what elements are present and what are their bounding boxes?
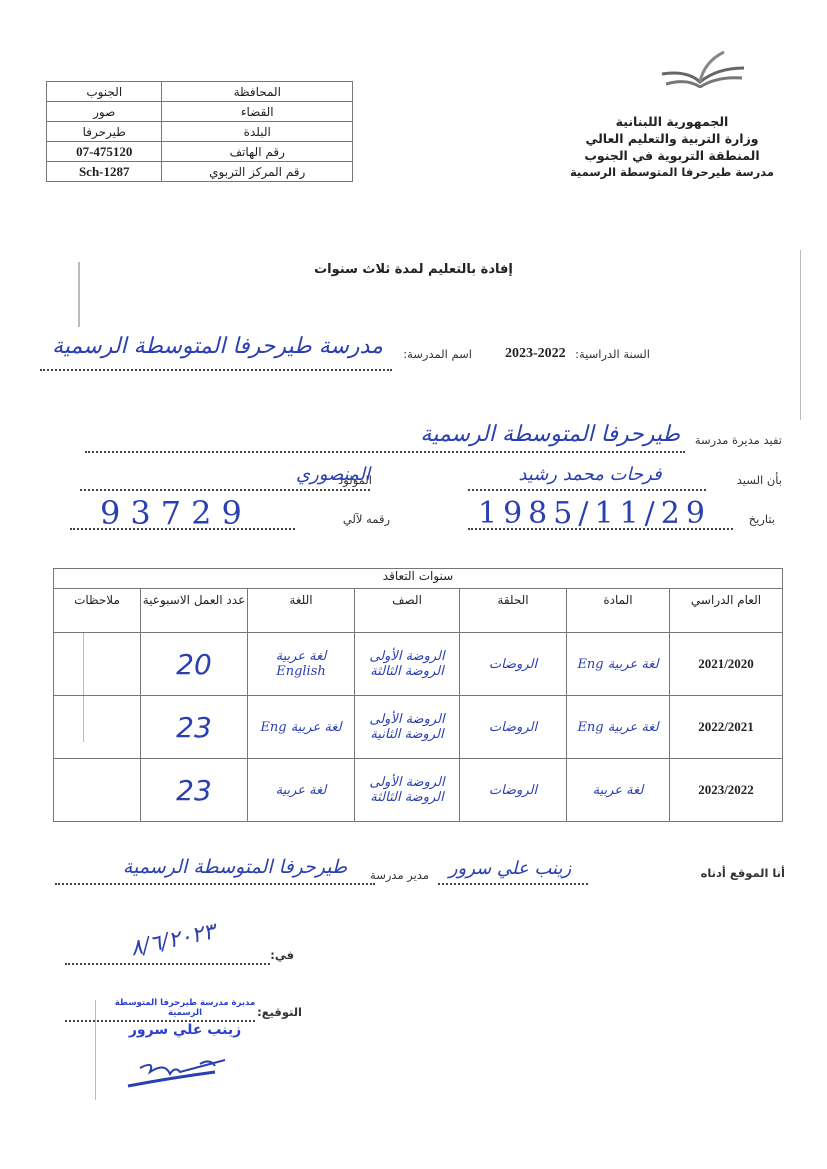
info-label: البلدة bbox=[162, 122, 353, 142]
header-line: المنطقة التربوية في الجنوب bbox=[562, 147, 782, 164]
mr-value: فرحات محمد رشيد bbox=[480, 464, 700, 485]
number-value: 93729 bbox=[100, 494, 252, 532]
table-row: 2023/2022 لغة عربية الروضات الروضة الأول… bbox=[54, 759, 783, 822]
cell-subject: لغة عربية bbox=[567, 759, 670, 822]
info-value: Sch-1287 bbox=[47, 162, 162, 182]
certifies-label: تفيد مديرة مدرسة bbox=[695, 433, 782, 447]
cell-notes bbox=[54, 759, 141, 822]
table-row: 2022/2021 لغة عربية Eng الروضات الروضة ا… bbox=[54, 696, 783, 759]
director-value: طيرحرفا المتوسطة الرسمية bbox=[95, 856, 375, 878]
table-row: 2021/2020 لغة عربية Eng الروضات الروضة ا… bbox=[54, 633, 783, 696]
stamp-line: زينب علي سرور bbox=[110, 1022, 260, 1038]
certifies-value: طيرحرفا المتوسطة الرسمية bbox=[340, 422, 680, 447]
table-header-row: العام الدراسي المادة الحلقة الصف اللغة ع… bbox=[54, 589, 783, 633]
column-header: اللغة bbox=[248, 589, 355, 633]
cell-year: 2022/2021 bbox=[670, 696, 783, 759]
cell-language: لغة عربية English bbox=[248, 633, 355, 696]
cell-class: الروضة الأولى الروضة الثالثة bbox=[355, 759, 460, 822]
date-label: بتاريخ bbox=[749, 512, 775, 526]
in-value: ٨/٦/٢٠٢٣ bbox=[128, 919, 217, 961]
info-row: رقم الهاتف 07-475120 bbox=[47, 142, 353, 162]
scan-artifact bbox=[95, 1000, 96, 1100]
cell-subject: لغة عربية Eng bbox=[567, 696, 670, 759]
born-value: المنصوري bbox=[190, 464, 370, 485]
open-book-logo-icon bbox=[652, 48, 752, 88]
header-line: مدرسة طيرحرفا المتوسطة الرسمية bbox=[562, 164, 782, 181]
info-row: المحافظة الجنوب bbox=[47, 82, 353, 102]
header-line: الجمهورية اللبنانية bbox=[562, 113, 782, 130]
school-name-label: اسم المدرسة: bbox=[403, 347, 472, 361]
cell-hours: 20 bbox=[141, 633, 248, 696]
in-label: في: bbox=[270, 948, 294, 962]
undersigned-label: أنا الموقع أدناه bbox=[701, 866, 785, 880]
date-value: 1985/11/29 bbox=[478, 496, 711, 531]
undersigned-value: زينب علي سرور bbox=[430, 858, 590, 879]
info-row: رقم المركز التربوي Sch-1287 bbox=[47, 162, 353, 182]
cell-language: لغة عربية bbox=[248, 759, 355, 822]
cell-hours: 23 bbox=[141, 696, 248, 759]
header-line: وزارة التربية والتعليم العالي bbox=[562, 130, 782, 147]
table-caption: سنوات التعاقد bbox=[54, 569, 783, 589]
cell-hours: 23 bbox=[141, 759, 248, 822]
school-info-table: المحافظة الجنوب القضاء صور البلدة طيرحرف… bbox=[46, 81, 353, 182]
info-label: رقم المركز التربوي bbox=[162, 162, 353, 182]
mr-label: بأن السيد bbox=[737, 473, 782, 487]
info-label: المحافظة bbox=[162, 82, 353, 102]
cell-subject: لغة عربية Eng bbox=[567, 633, 670, 696]
contract-years-table: سنوات التعاقد العام الدراسي المادة الحلق… bbox=[53, 568, 783, 822]
info-row: البلدة طيرحرفا bbox=[47, 122, 353, 142]
signature-label: التوقيع: bbox=[257, 1005, 302, 1019]
cell-notes bbox=[54, 633, 141, 696]
school-name-value: مدرسة طيرحرفا المتوسطة الرسمية bbox=[45, 334, 390, 359]
director-field bbox=[55, 882, 375, 885]
document-title: إفادة بالتعليم لمدة ثلاث سنوات bbox=[0, 262, 827, 277]
cell-year: 2021/2020 bbox=[670, 633, 783, 696]
info-label: رقم الهاتف bbox=[162, 142, 353, 162]
cell-cycle: الروضات bbox=[460, 696, 567, 759]
cell-year: 2023/2022 bbox=[670, 759, 783, 822]
info-value: 07-475120 bbox=[47, 142, 162, 162]
info-label: القضاء bbox=[162, 102, 353, 122]
cell-cycle: الروضات bbox=[460, 759, 567, 822]
number-label: رقمه لآلي bbox=[343, 512, 390, 526]
info-value: طيرحرفا bbox=[47, 122, 162, 142]
cell-class: الروضة الأولى الروضة الثالثة bbox=[355, 633, 460, 696]
column-header: الصف bbox=[355, 589, 460, 633]
column-header: المادة bbox=[567, 589, 670, 633]
stamp-line: مديرة مدرسة طيرحرفا المتوسطة الرسمية bbox=[110, 998, 260, 1018]
director-label: مدير مدرسة bbox=[370, 868, 429, 882]
academic-year-value: 2023-2022 bbox=[505, 346, 566, 362]
info-value: صور bbox=[47, 102, 162, 122]
cell-class: الروضة الأولى الروضة الثانية bbox=[355, 696, 460, 759]
cell-language: لغة عربية Eng bbox=[248, 696, 355, 759]
born-field bbox=[80, 488, 370, 491]
info-row: القضاء صور bbox=[47, 102, 353, 122]
column-header: الحلقة bbox=[460, 589, 567, 633]
cell-cycle: الروضات bbox=[460, 633, 567, 696]
column-header: العام الدراسي bbox=[670, 589, 783, 633]
cell-notes bbox=[54, 696, 141, 759]
in-field bbox=[65, 962, 270, 965]
handwritten-signature-icon bbox=[120, 1050, 240, 1095]
column-header: ملاحظات bbox=[54, 589, 141, 633]
mr-field bbox=[468, 488, 706, 491]
ministry-header: الجمهورية اللبنانية وزارة التربية والتعل… bbox=[562, 113, 782, 181]
info-value: الجنوب bbox=[47, 82, 162, 102]
certifies-field bbox=[85, 450, 685, 453]
official-stamp: مديرة مدرسة طيرحرفا المتوسطة الرسمية زين… bbox=[110, 998, 260, 1038]
undersigned-field bbox=[438, 882, 588, 885]
column-header: عدد العمل الاسبوعية bbox=[141, 589, 248, 633]
academic-year-label: السنة الدراسية: bbox=[575, 347, 650, 361]
school-name-field bbox=[40, 368, 392, 371]
